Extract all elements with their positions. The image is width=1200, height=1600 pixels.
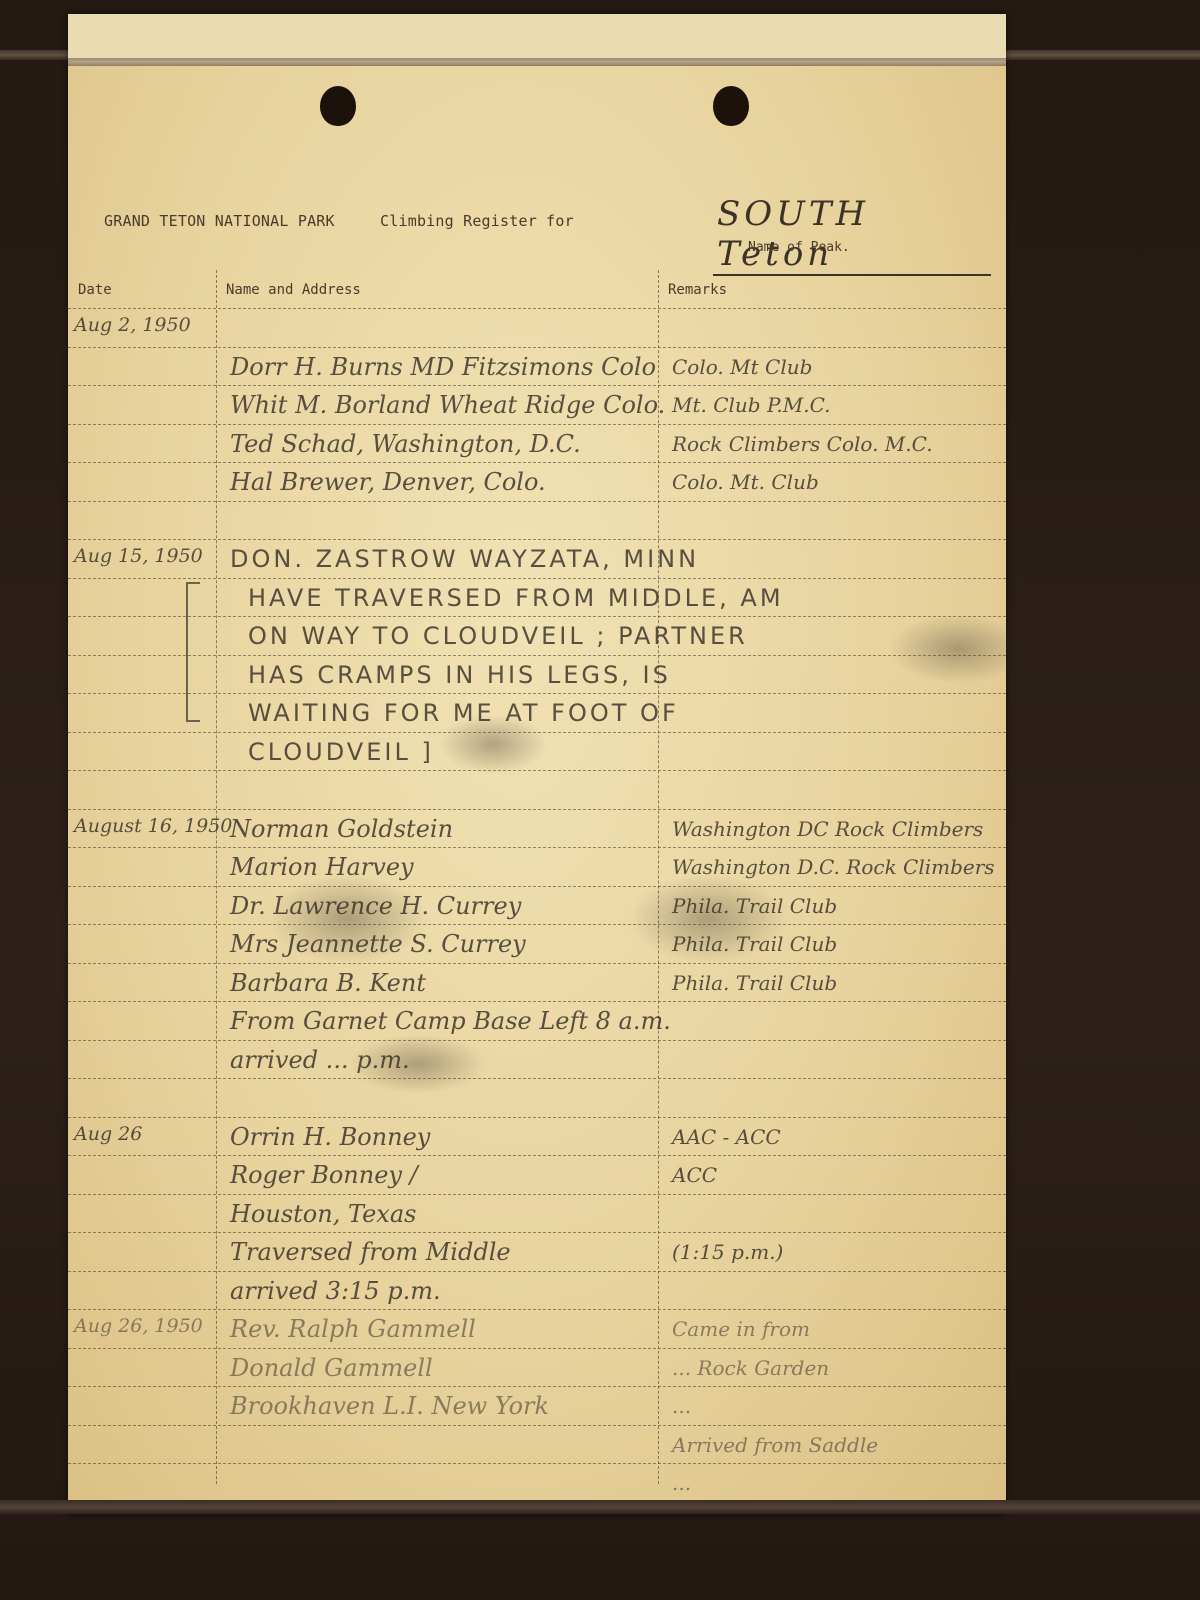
entry-remark: Arrived from Saddle	[672, 1433, 878, 1457]
ruled-line	[68, 385, 1006, 386]
ruled-line	[68, 308, 1006, 309]
ruled-line	[68, 1232, 1006, 1233]
smudge	[348, 1034, 488, 1094]
entry-name-line: Rev. Ralph Gammell	[230, 1315, 476, 1343]
ruled-line	[68, 886, 1006, 887]
entry-name-line: Houston, Texas	[230, 1200, 416, 1228]
ruled-line	[68, 1117, 1006, 1118]
column-divider	[658, 270, 659, 1484]
ruled-line	[68, 1001, 1006, 1002]
ruled-line	[68, 655, 1006, 656]
ruled-line	[68, 347, 1006, 348]
peak-caption: Name of Peak.	[748, 240, 850, 255]
entry-name-line: Donald Gammell	[230, 1354, 433, 1382]
register-table: Date Name and Address Remarks Aug 2, 195…	[68, 270, 1006, 1484]
register-label: Climbing Register for	[380, 212, 574, 230]
entry-date: August 16, 1950	[74, 815, 232, 837]
entry-name-line: Hal Brewer, Denver, Colo.	[230, 468, 546, 496]
entry-date: Aug 2, 1950	[74, 314, 191, 336]
entry-date: Aug 15, 1950	[74, 545, 203, 567]
note-bracket	[186, 582, 200, 722]
ruled-line	[68, 924, 1006, 925]
entry-remark: Rock Climbers Colo. M.C.	[672, 432, 933, 456]
column-header-remarks: Remarks	[668, 282, 727, 298]
park-name: GRAND TETON NATIONAL PARK	[104, 212, 335, 230]
ruled-line	[68, 1040, 1006, 1041]
ruled-line	[68, 770, 1006, 771]
ruled-line	[68, 1348, 1006, 1349]
punch-hole-left	[320, 86, 356, 126]
entry-date: Aug 26	[74, 1123, 142, 1145]
ruled-line	[68, 847, 1006, 848]
ruled-line	[68, 1386, 1006, 1387]
column-header-date: Date	[78, 282, 112, 298]
entry-name-line: HAS CRAMPS IN HIS LEGS, IS	[248, 661, 671, 689]
smudge	[628, 874, 788, 964]
entry-name-line: Orrin H. Bonney	[230, 1123, 430, 1151]
ruled-line	[68, 616, 1006, 617]
entry-name-line: arrived 3:15 p.m.	[230, 1277, 441, 1305]
entry-name-line: From Garnet Camp Base Left 8 a.m.	[230, 1007, 671, 1035]
ruled-line	[68, 1463, 1006, 1464]
entry-name-line: HAVE TRAVERSED FROM MIDDLE, AM	[248, 584, 784, 612]
column-header-name: Name and Address	[226, 282, 361, 298]
entry-name-line: Whit M. Borland Wheat Ridge Colo.	[230, 391, 665, 419]
entry-name-line: ON WAY TO CLOUDVEIL ; PARTNER	[248, 622, 748, 650]
entry-remark: ...	[672, 1394, 691, 1418]
peak-name: SOUTH Teton	[713, 194, 991, 276]
ruled-line	[68, 1155, 1006, 1156]
ruled-line	[68, 539, 1006, 540]
smudge	[888, 614, 1028, 684]
entry-remark: Came in from	[672, 1317, 810, 1341]
entry-remark: Phila. Trail Club	[672, 971, 837, 995]
entry-name-line: Norman Goldstein	[230, 815, 453, 843]
ruled-line	[68, 1194, 1006, 1195]
register-sheet: GRAND TETON NATIONAL PARK Climbing Regis…	[68, 14, 1006, 1514]
ruled-line	[68, 424, 1006, 425]
entry-remark: Colo. Mt. Club	[672, 470, 819, 494]
ruled-line	[68, 809, 1006, 810]
register-header: GRAND TETON NATIONAL PARK Climbing Regis…	[104, 212, 574, 230]
entry-name-line: Traversed from Middle	[230, 1238, 511, 1266]
ruled-line	[68, 1309, 1006, 1310]
entry-name-line: Roger Bonney /	[230, 1161, 418, 1189]
column-divider	[216, 270, 217, 1484]
ruled-line	[68, 963, 1006, 964]
ruled-line	[68, 1271, 1006, 1272]
entry-name-line: Ted Schad, Washington, D.C.	[230, 430, 581, 458]
ruled-line	[68, 578, 1006, 579]
entry-remark: ... Rock Garden	[672, 1356, 829, 1380]
smudge	[438, 714, 548, 774]
punch-hole-right	[713, 86, 749, 126]
ruled-line	[68, 501, 1006, 502]
entry-remark: Washington DC Rock Climbers	[672, 817, 983, 841]
ruled-line	[68, 1425, 1006, 1426]
entry-name-line: Barbara B. Kent	[230, 969, 426, 997]
sheet-fold-rule	[68, 58, 1006, 66]
sheet-top-band	[68, 14, 1006, 58]
entry-remark: Mt. Club P.M.C.	[672, 393, 831, 417]
entry-remark: Colo. Mt Club	[672, 355, 812, 379]
ruled-line	[68, 462, 1006, 463]
entry-name-line: DON. ZASTROW WAYZATA, MINN	[230, 545, 699, 573]
ruled-line	[68, 1078, 1006, 1079]
entry-remark: ACC	[672, 1163, 717, 1187]
ruled-line	[68, 693, 1006, 694]
entry-remark: AAC - ACC	[672, 1125, 781, 1149]
entry-name-line: CLOUDVEIL ]	[248, 738, 434, 766]
display-rail-bottom	[0, 1500, 1200, 1514]
entry-remark: ...	[672, 1471, 691, 1495]
entry-name-line: Dorr H. Burns MD Fitzsimons Colo	[230, 353, 656, 381]
entry-name-line: Brookhaven L.I. New York	[230, 1392, 549, 1420]
entry-remark: (1:15 p.m.)	[672, 1240, 783, 1264]
smudge	[268, 874, 428, 964]
entry-date: Aug 26, 1950	[74, 1315, 203, 1337]
